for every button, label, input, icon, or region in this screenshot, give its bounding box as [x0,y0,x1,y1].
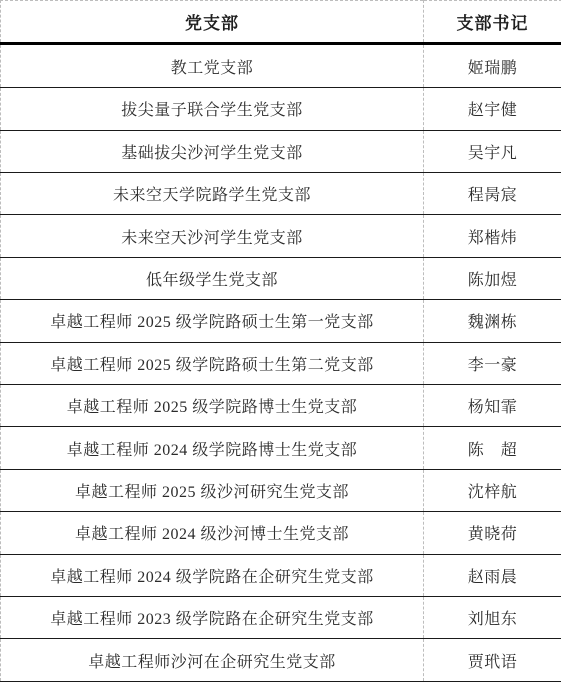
table-row: 卓越工程师 2024 级学院路在企研究生党支部 赵雨晨 [1,554,561,596]
table-row: 卓越工程师 2024 级学院路博士生党支部 陈 超 [1,427,561,469]
branch-name-cell: 未来空天学院路学生党支部 [1,172,424,214]
table-row: 基础拔尖沙河学生党支部 吴宇凡 [1,130,561,172]
secretary-name-cell: 杨知霏 [424,385,561,427]
secretary-name-cell: 郑楷炜 [424,215,561,257]
party-branch-table: 党支部 支部书记 教工党支部 姬瑞鹏 拔尖量子联合学生党支部 赵宇健 基础拔尖沙… [0,0,561,682]
branch-name-cell: 卓越工程师沙河在企研究生党支部 [1,639,424,682]
branch-name-cell: 卓越工程师 2025 级学院路硕士生第二党支部 [1,342,424,384]
table-row: 未来空天学院路学生党支部 程昺宸 [1,172,561,214]
table-row: 卓越工程师 2025 级沙河研究生党支部 沈梓航 [1,469,561,511]
table-row: 教工党支部 姬瑞鹏 [1,44,561,88]
secretary-name-cell: 沈梓航 [424,469,561,511]
table-row: 卓越工程师 2025 级学院路硕士生第二党支部 李一豪 [1,342,561,384]
table-row: 卓越工程师 2025 级学院路博士生党支部 杨知霏 [1,385,561,427]
table-row: 拔尖量子联合学生党支部 赵宇健 [1,88,561,130]
branch-name-cell: 教工党支部 [1,44,424,88]
column-header-branch: 党支部 [1,1,424,44]
branch-name-cell: 基础拔尖沙河学生党支部 [1,130,424,172]
secretary-name-cell: 刘旭东 [424,597,561,639]
secretary-name-cell: 赵雨晨 [424,554,561,596]
secretary-name-cell: 陈 超 [424,427,561,469]
secretary-name-cell: 赵宇健 [424,88,561,130]
table-row: 卓越工程师 2025 级学院路硕士生第一党支部 魏渊栋 [1,300,561,342]
table-header-row: 党支部 支部书记 [1,1,561,44]
table-row: 未来空天沙河学生党支部 郑楷炜 [1,215,561,257]
branch-name-cell: 卓越工程师 2024 级沙河博士生党支部 [1,512,424,554]
document-page: 党支部 支部书记 教工党支部 姬瑞鹏 拔尖量子联合学生党支部 赵宇健 基础拔尖沙… [0,0,561,682]
table-body: 教工党支部 姬瑞鹏 拔尖量子联合学生党支部 赵宇健 基础拔尖沙河学生党支部 吴宇… [1,44,561,682]
secretary-name-cell: 吴宇凡 [424,130,561,172]
branch-name-cell: 卓越工程师 2024 级学院路博士生党支部 [1,427,424,469]
secretary-name-cell: 程昺宸 [424,172,561,214]
secretary-name-cell: 陈加煜 [424,257,561,299]
secretary-name-cell: 魏渊栋 [424,300,561,342]
table-row: 卓越工程师 2024 级沙河博士生党支部 黄晓荷 [1,512,561,554]
branch-name-cell: 卓越工程师 2023 级学院路在企研究生党支部 [1,597,424,639]
table-row: 低年级学生党支部 陈加煜 [1,257,561,299]
secretary-name-cell: 黄晓荷 [424,512,561,554]
secretary-name-cell: 贾玳语 [424,639,561,682]
branch-name-cell: 卓越工程师 2025 级学院路博士生党支部 [1,385,424,427]
secretary-name-cell: 姬瑞鹏 [424,44,561,88]
table-row: 卓越工程师沙河在企研究生党支部 贾玳语 [1,639,561,682]
branch-name-cell: 卓越工程师 2025 级学院路硕士生第一党支部 [1,300,424,342]
secretary-name-cell: 李一豪 [424,342,561,384]
branch-name-cell: 低年级学生党支部 [1,257,424,299]
branch-name-cell: 卓越工程师 2025 级沙河研究生党支部 [1,469,424,511]
table-row: 卓越工程师 2023 级学院路在企研究生党支部 刘旭东 [1,597,561,639]
column-header-secretary: 支部书记 [424,1,561,44]
branch-name-cell: 未来空天沙河学生党支部 [1,215,424,257]
branch-name-cell: 拔尖量子联合学生党支部 [1,88,424,130]
branch-name-cell: 卓越工程师 2024 级学院路在企研究生党支部 [1,554,424,596]
